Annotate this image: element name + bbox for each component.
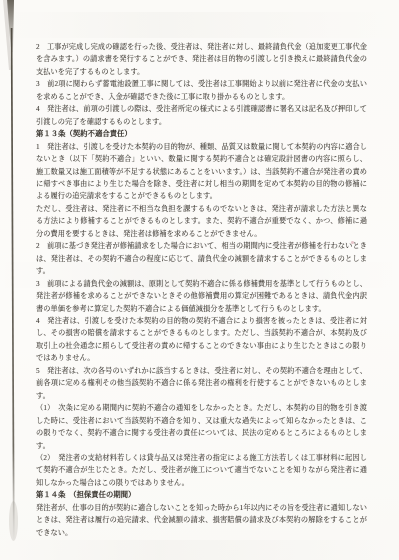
article-13-clause-3: 3 前項による請負代金の減額は、原則として契約不適合に係る修補費用を基準として行… — [36, 278, 367, 315]
article-14-clause-1: 発注者が、仕事の目的が契約に適合しないことを知った時から1年以内にその旨を受注者… — [36, 502, 367, 539]
clause-4: 4 発注者は、前項の引渡しの際は、受注者所定の様式による引渡確認書に署名又は記名… — [36, 103, 367, 128]
article-13-clause-5-item-2: （2） 発注者の支給材料若しくは貸与品又は発注者の指定による施工方法若しくは工事… — [36, 452, 367, 489]
scanned-contract-page: 2 工事が完成し完成の確認を行った後、受注者は、発注者に対し、最終請負代金（追加… — [0, 0, 399, 560]
scan-noise-band — [0, 540, 399, 560]
article-13-clause-5-item-1: （1） 次条に定める期間内に契約不適合の通知をしなかったとき。ただし、本契約の目… — [36, 402, 367, 452]
clause-3: 3 前2項に関わらず蓄電池設置工事に関しては、受注者は工事開始より以前に発注者に… — [36, 78, 367, 103]
article-14-heading: 第１４条 （担保責任の期間） — [36, 489, 367, 501]
clause-2: 2 工事が完成し完成の確認を行った後、受注者は、発注者に対し、最終請負代金（追加… — [36, 41, 367, 78]
article-13-heading: 第１３条（契約不適合責任） — [36, 128, 367, 140]
edge-line — [12, 28, 14, 540]
scan-noise-band — [0, 12, 399, 38]
contract-text: 2 工事が完成し完成の確認を行った後、受注者は、発注者に対し、最終請負代金（追加… — [36, 41, 367, 539]
article-13-clause-1: 1 発注者は、引渡しを受けた本契約の目的物が、種類、品質又は数量に関して本契約の… — [36, 141, 367, 203]
edge-wedge-top — [7, 0, 14, 52]
article-13-clause-5: 5 発注者は、次の各号のいずれかに該当するときは、受注者に対し、その契約不適合を… — [36, 365, 367, 402]
edge-soft-left — [3, 0, 11, 70]
article-13-clause-4: 4 発注者は、引渡しを受けた本契約の目的物の契約不適合により損害を被ったときは、… — [36, 315, 367, 365]
article-13-clause-2: 2 前項に基づき発注者が修補請求をした場合において、相当の期間内に受注者が修補を… — [36, 240, 367, 277]
edge-bottom-blur — [9, 501, 18, 541]
article-13-clause-1-proviso: ただし、受注者は、発注者に不相当な負担を課するものでないときは、発注者が請求した… — [36, 203, 367, 240]
